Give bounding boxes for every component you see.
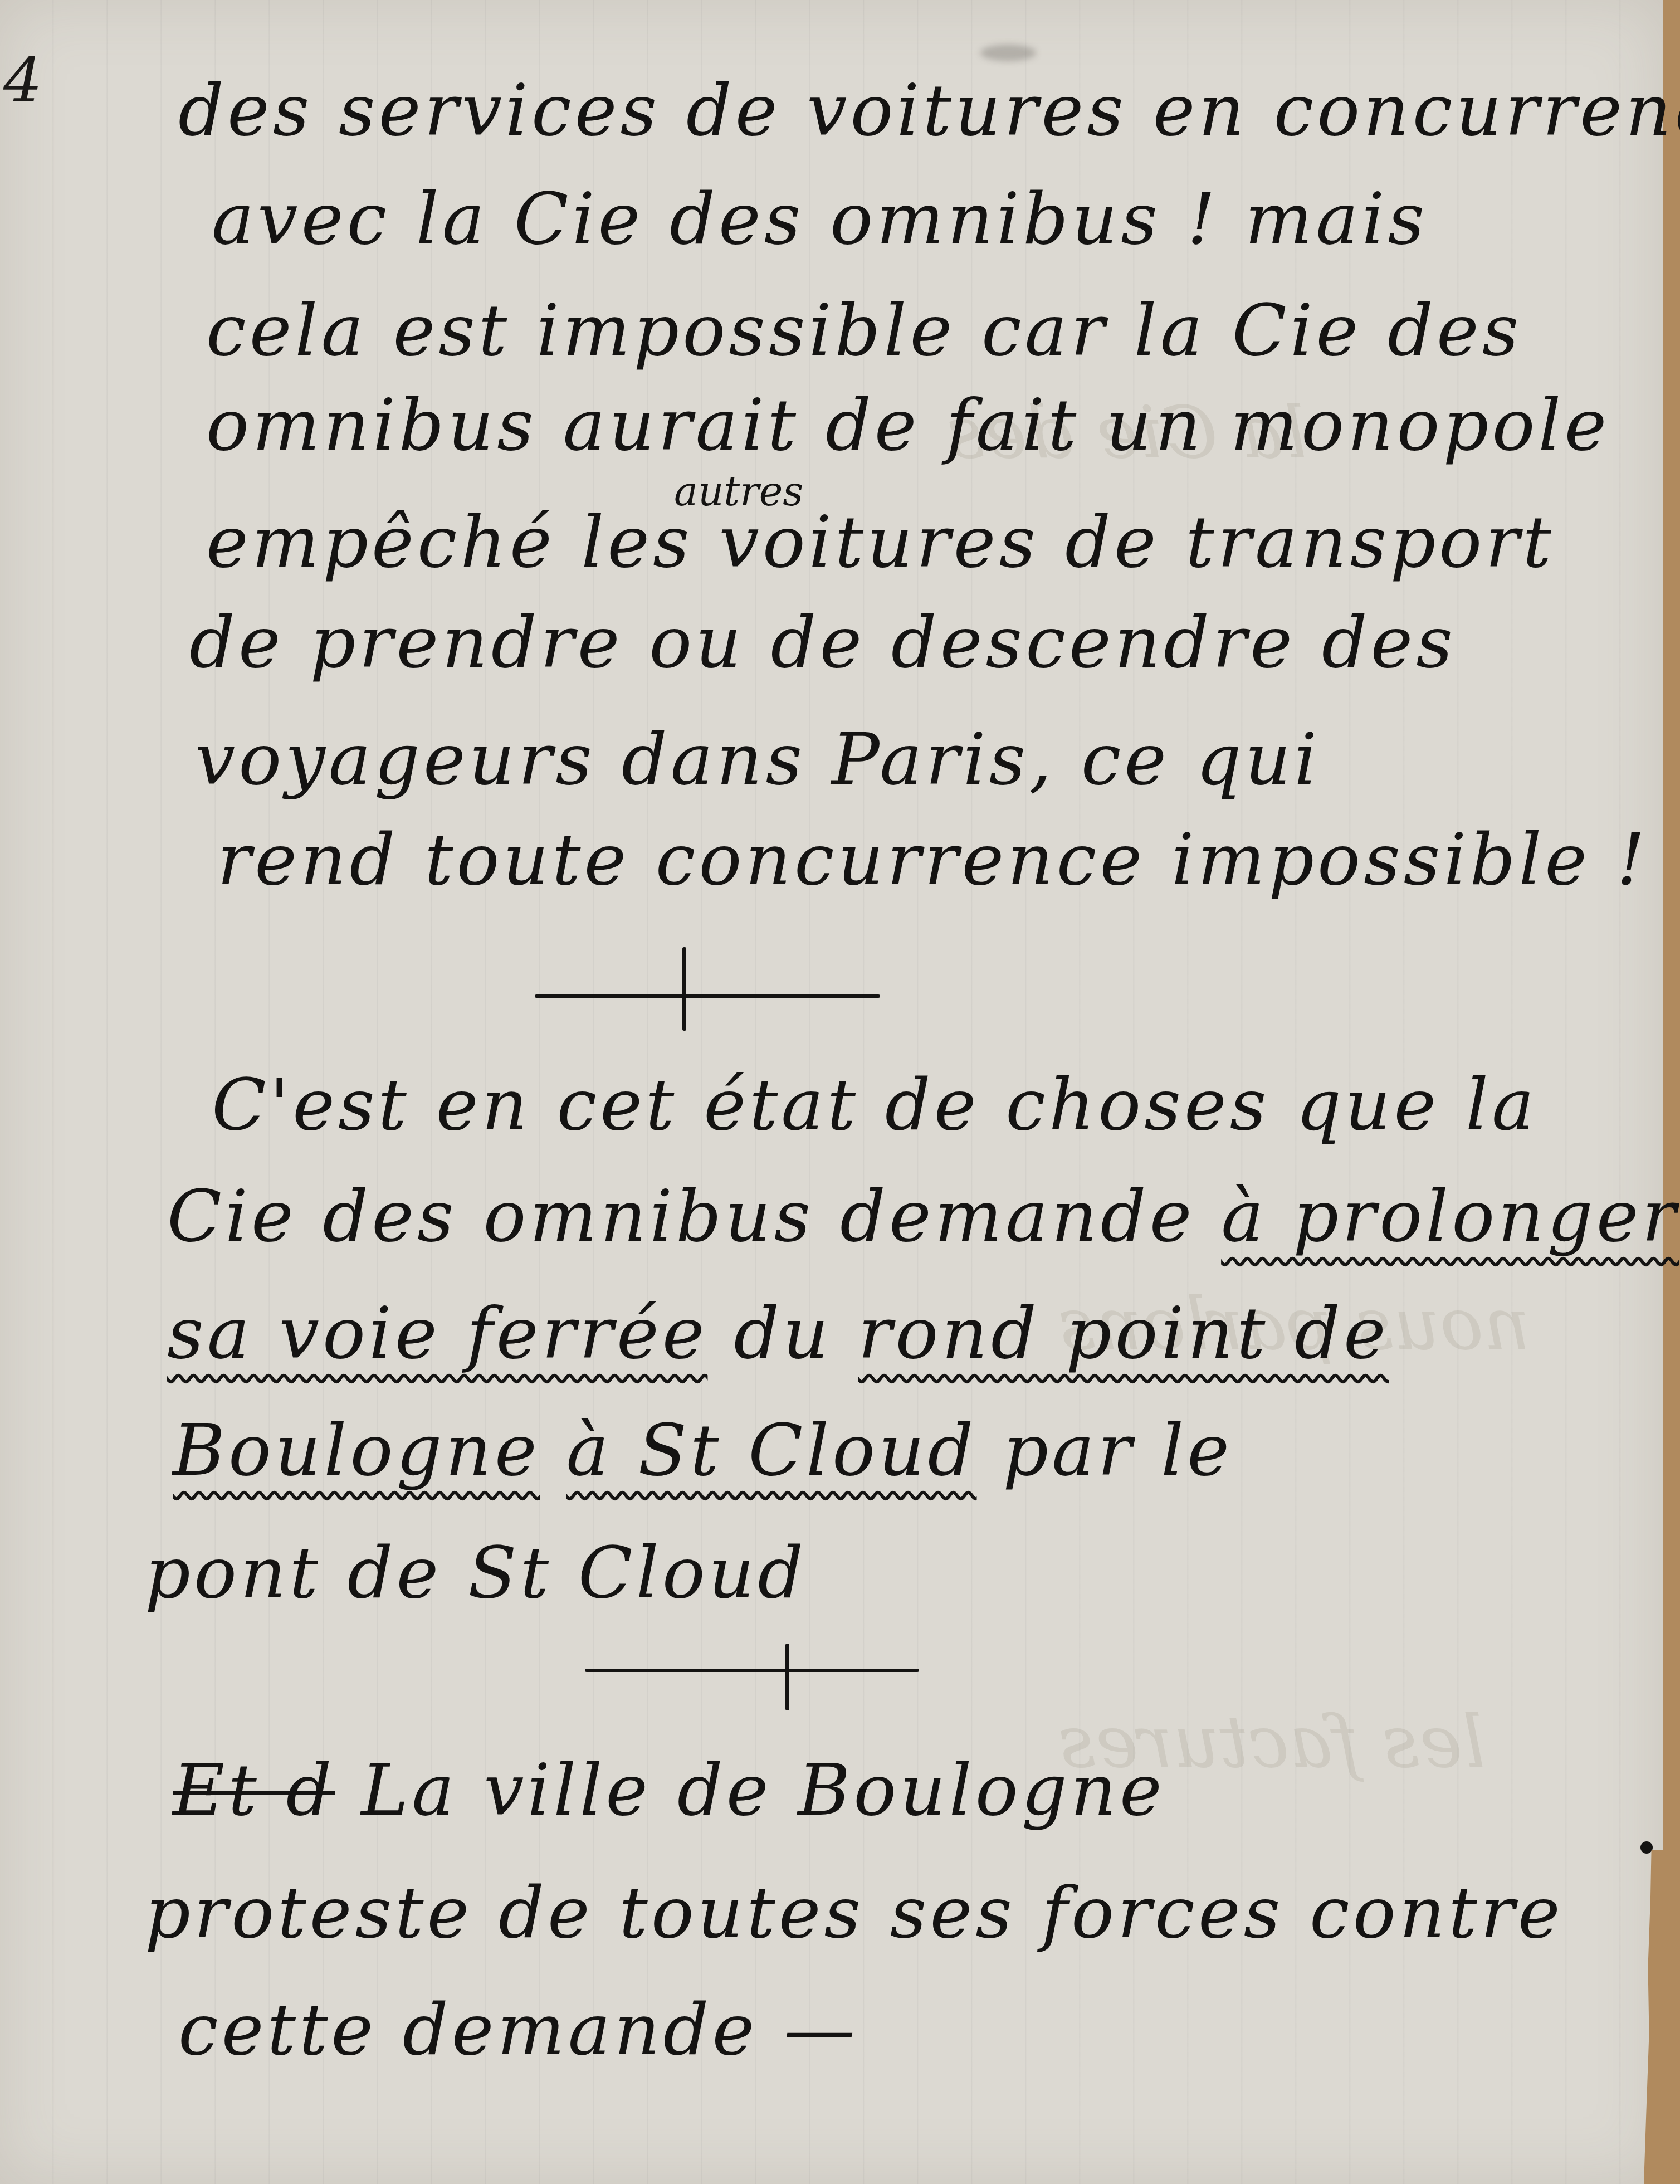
underlined-phrase: à prolonger (1221, 1175, 1679, 1258)
page-number: 4 (3, 45, 42, 116)
section-divider-1-tick (682, 947, 686, 1031)
text-line-4: omnibus aurait de fait un monopole (206, 390, 1610, 461)
underlined-phrase: à St Cloud (566, 1409, 976, 1492)
section-2-line-5: pont de St Cloud (145, 1538, 807, 1609)
text-line-2: avec la Cie des omnibus ! mais (212, 184, 1428, 255)
section-divider-2-tick (785, 1644, 789, 1710)
section-2-line-3-text: du (707, 1292, 858, 1375)
underlined-phrase: rond point de (858, 1292, 1389, 1375)
section-2-line-2-text: Cie des omnibus demande (167, 1175, 1221, 1258)
text-line-3: cela est impossible car la Cie des (206, 295, 1522, 367)
section-2-line-4: Boulogne à St Cloud par le (173, 1415, 1233, 1486)
section-2-line-3: sa voie ferrée du rond point de (167, 1298, 1389, 1369)
underlined-phrase: sa voie ferrée (167, 1292, 707, 1375)
section-3-line-1: Et d La ville de Boulogne (173, 1755, 1165, 1826)
struck-text: Et d (173, 1749, 335, 1832)
section-2-line-4-space (540, 1409, 566, 1492)
underlined-phrase: Boulogne (173, 1409, 540, 1492)
section-2-line-2: Cie des omnibus demande à prolonger (167, 1181, 1679, 1252)
text-line-1: des services de voitures en concurrence (178, 75, 1680, 147)
text-line-7: voyageurs dans Paris, ce qui (195, 724, 1320, 796)
section-divider-1 (535, 994, 880, 998)
section-2-line-1: C'est en cet état de choses que la (212, 1070, 1537, 1141)
text-line-8: rend toute concurrence impossible ! (217, 825, 1648, 896)
text-line-5: empêché les voitures de transport (206, 507, 1555, 578)
torn-page-edge (1644, 1850, 1663, 2184)
section-divider-2 (585, 1669, 919, 1672)
ink-smudge (980, 45, 1036, 61)
section-3-line-2: proteste de toutes ses forces contre (145, 1878, 1564, 1949)
section-3-line-1-text: La ville de Boulogne (335, 1749, 1165, 1832)
section-2-line-4-text: par le (977, 1409, 1233, 1492)
ink-dot (1640, 1841, 1653, 1854)
section-3-line-3: cette demande — (178, 1995, 858, 2066)
text-line-6: de prendre ou de descendre des (189, 607, 1456, 679)
manuscript-page: la Cie des nous parlons les factures 4 d… (0, 0, 1663, 2184)
